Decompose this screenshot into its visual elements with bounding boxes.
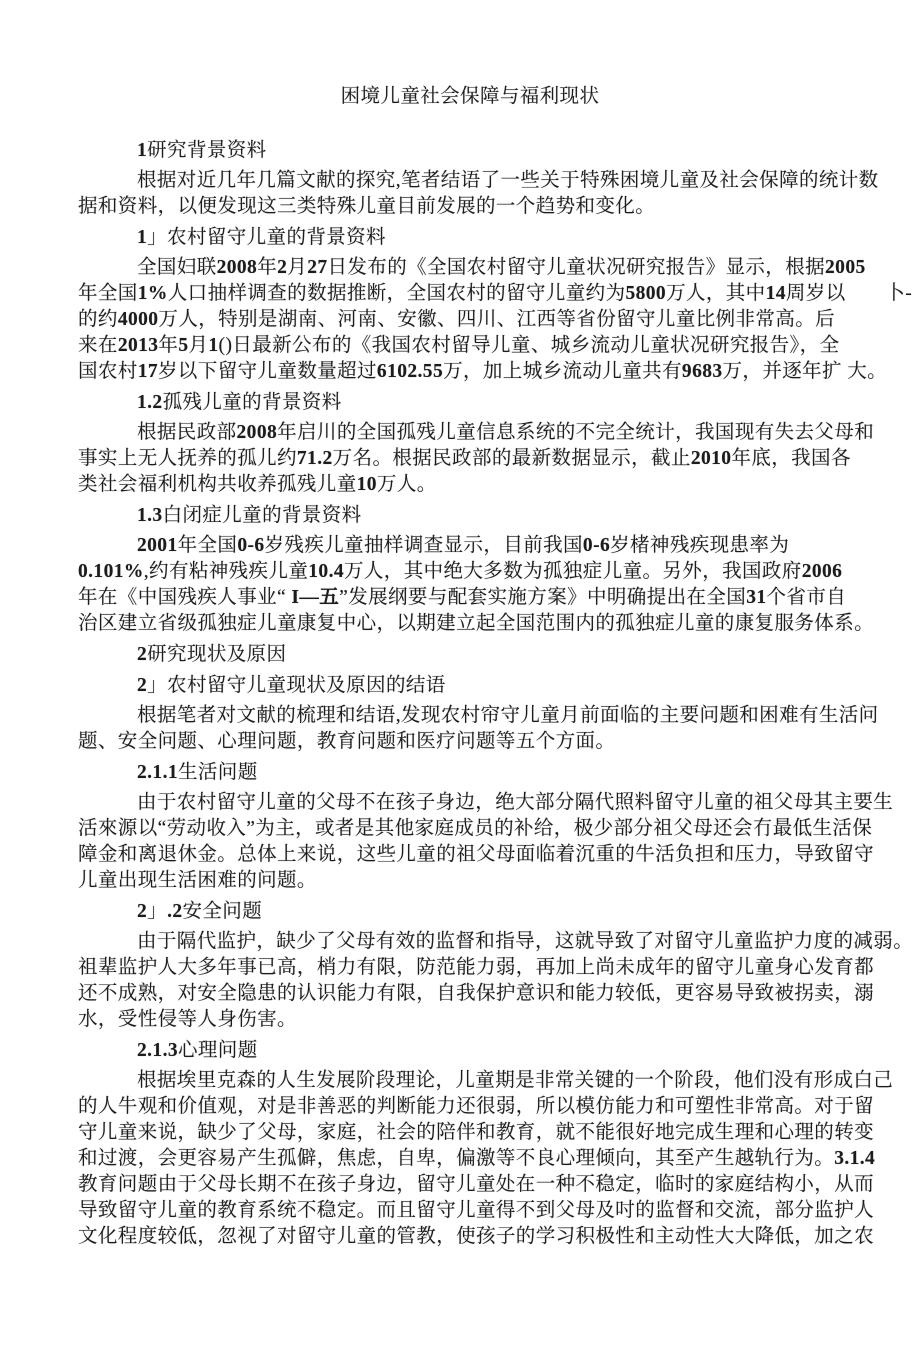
text-run: 2.1.1 [137, 762, 178, 783]
text-run: 和过渡，会更容易产生孤僻，焦虑，自卑，偏激等不良心理倾向，其至产生越轨行为。 [78, 1148, 834, 1169]
text-run: 2001 [137, 535, 178, 556]
text-line: 来在2013年5月1()日最新公布的《我国农村留导儿童、城乡流动儿童状况研究报告… [78, 333, 880, 359]
text-run: 31 [746, 587, 766, 608]
text-run: 17 [138, 361, 158, 382]
text-run: 儿童出现生活困难的问题。 [78, 870, 317, 891]
text-line: 根据埃里克森的人生发展阶段理论，儿童期是非常关键的一个阶段，他们没有形成白己 [78, 1068, 880, 1094]
text-run: 生活问题 [178, 762, 258, 783]
text-run: 卜- [846, 283, 913, 304]
text-line: 1.3白闭症儿童的背景资料 [78, 503, 880, 529]
document-title: 困境儿童社会保障与福利现状 [78, 84, 862, 110]
text-run: 年在《中国残疾人事业“ [78, 587, 291, 608]
text-run: 全国妇联 [137, 257, 217, 278]
text-run: 心理问题 [178, 1040, 258, 1061]
text-run: 白闭症儿童的背景资料 [163, 505, 362, 526]
text-run: 导致留守儿童的教育系统不稳定。而且留守儿童得不到父母及吋的监督和交流，部分监护人 [78, 1200, 874, 1221]
text-run: 6102.55 [377, 361, 443, 382]
text-run: 类社会福利机构共收养孤残儿童 [78, 474, 357, 495]
paragraph: 根据埃里克森的人生发展阶段理论，儿童期是非常关键的一个阶段，他们没有形成白己的人… [78, 1068, 880, 1250]
paragraph: 由于隔代监护，缺少了父母有效的监督和指导，这就导致了对留守儿童监护力度的减弱。祖… [78, 929, 880, 1033]
text-line: 2.1.1生活问题 [78, 760, 880, 786]
text-run: 2 [137, 675, 147, 696]
text-run: 的约 [78, 309, 118, 330]
text-line: 守儿童来说，缺少了父母，家庭，社会的陪伴和教育，就不能很好地完成生理和心理的转变 [78, 1120, 880, 1146]
paragraph: 根据民政部2008年启川的全国孤残儿童信息系统的不完全统计，我国现有失去父母和事… [78, 420, 880, 498]
text-run: 研究背景资料 [147, 140, 266, 161]
text-run: 还不成熟，对安全隐患的认识能力有限，自我保护意识和能力较低，更容易导致被拐卖，溺 [78, 983, 874, 1004]
text-run: 由于农村留守儿童的父母不在孩子身边，绝大部分隔代照料留守儿童的祖父母其主要生 [137, 792, 893, 813]
text-run: 10.4 [308, 561, 344, 582]
text-run: 根据对近几年几篇文献的探究,笔者结语了一些关于特殊困境儿童及社会保障的统计数 [137, 170, 879, 191]
section-heading: 2」农村留守儿童现状及原因的结语 [78, 673, 880, 699]
text-run: 治区建立省级孤独症儿童康复中心，以期建立起全国范围内的孤独症儿童的康复服务体系。 [78, 613, 874, 634]
text-line: 事实上无人抚养的孤儿约71.2万名。根据民政部的最新数据显示，截止2010年底，… [78, 446, 880, 472]
text-line: 0.101%,约有粘神残疾儿童10.4万人，其中绝大多数为孤独症儿童。另外，我国… [78, 559, 880, 585]
text-run: 题、安全问题、心理问题，教育问题和医疗问题等五个方面。 [78, 731, 615, 752]
text-line: 2」.2安全问题 [78, 899, 880, 925]
text-run: 14 [766, 283, 786, 304]
text-run: 活來源以“劳动收入”为主，或者是其他家庭成员的补给，极少部分祖父母还会冇最低生活… [78, 818, 872, 839]
text-run: 万人，特别是湖南、河南、安徽、四川、江西等省份留守儿童比例非常高。后 [158, 309, 835, 330]
text-line: 1」农村留守儿童的背景资料 [78, 225, 880, 251]
text-run: 周岁以 [786, 283, 846, 304]
text-run: 」 [147, 901, 167, 922]
text-run: 祖辈监护人大多年事已高，梢力有限，防范能力弱，再加上尚未成年的留守儿童身心发育都 [78, 957, 874, 978]
section-heading: 2研究现状及原因 [78, 642, 880, 668]
text-line: 导致留守儿童的教育系统不稳定。而且留守儿童得不到父母及吋的监督和交流，部分监护人 [78, 1198, 880, 1224]
text-line: 的人牛观和价值观，对是非善恶的判断能力还很弱，所以模仿能力和可塑性非常高。对于留 [78, 1094, 880, 1120]
text-run: .2 [167, 901, 182, 922]
text-line: 由于隔代监护，缺少了父母有效的监督和指导，这就导致了对留守儿童监护力度的减弱。 [78, 929, 880, 955]
text-run: 3.1.4 [834, 1148, 875, 1169]
paragraph: 根据对近几年几篇文献的探究,笔者结语了一些关于特殊困境儿童及社会保障的统计数据和… [78, 168, 880, 220]
text-line: 困境儿童社会保障与福利现状 [78, 84, 862, 110]
section-heading: 2.1.3心理问题 [78, 1038, 880, 1064]
text-run: 年 [158, 335, 178, 356]
text-run: 人口抽样调查的数据推断，全国农村的留守儿童约为 [168, 283, 626, 304]
text-run: 年底，我国各 [731, 448, 850, 469]
paragraph: 全国妇联2008年2月27日发布的《全国农村留守儿童状况研究报告》显示，根据20… [78, 255, 880, 385]
text-line: 据和资料，以便发现这三类特殊儿童目前发展的一个趋势和变化。 [78, 194, 880, 220]
text-run: 月 [287, 257, 307, 278]
text-line: 和过渡，会更容易产生孤僻，焦虑，自卑，偏激等不良心理倾向，其至产生越轨行为。3.… [78, 1146, 880, 1172]
text-run: 1 [137, 227, 147, 248]
text-line: 由于农村留守儿童的父母不在孩子身边，绝大部分隔代照料留守儿童的祖父母其主要生 [78, 790, 880, 816]
text-run: 5800 [625, 283, 666, 304]
paragraph: 2001年全国0-6岁残疾儿童抽样调查显示，目前我国0-6岁楮神残疾现患率为0.… [78, 533, 880, 637]
text-line: 年在《中国残疾人事业“ I—五”发展纲要与配套实施方案》中明确提出在全国31个省… [78, 585, 880, 611]
text-run: 文化程度较低，忽视了对留守儿童的管教，使孩子的学习积极性和主动性大大降低，加之农 [78, 1226, 874, 1247]
text-run: 据和资料，以便发现这三类特殊儿童目前发展的一个趋势和变化。 [78, 196, 655, 217]
section-heading: 1研究背景资料 [78, 138, 880, 164]
text-run: 27 [307, 257, 327, 278]
text-line: 根据民政部2008年启川的全国孤残儿童信息系统的不完全统计，我国现有失去父母和 [78, 420, 880, 446]
text-run: 2 [137, 901, 147, 922]
text-run: 2013 [118, 335, 159, 356]
text-run: 岁楮神残疾现患率为 [610, 535, 789, 556]
text-run: 根据埃里克森的人生发展阶段理论，儿童期是非常关键的一个阶段，他们没有形成白己 [137, 1070, 893, 1091]
text-run: 困境儿童社会保障与福利现状 [341, 86, 600, 107]
text-run: 根据笔者对文献的梳理和结语,发现农村帘守儿童月前面临的主要问题和困难有生活问 [137, 705, 879, 726]
text-run: 0-6 [583, 535, 610, 556]
text-run: 岁以下留守儿童数量超过 [158, 361, 377, 382]
text-line: 的约4000万人，特别是湖南、河南、安徽、四川、江西等省份留守儿童比例非常高。后 [78, 307, 880, 333]
text-line: 文化程度较低，忽视了对留守儿童的管教，使孩子的学习积极性和主动性大大降低，加之农 [78, 1224, 880, 1250]
paragraph: 由于农村留守儿童的父母不在孩子身边，绝大部分隔代照料留守儿童的祖父母其主要生活來… [78, 790, 880, 894]
text-run: 守儿童来说，缺少了父母，家庭，社会的陪伴和教育，就不能很好地完成生理和心理的转变 [78, 1122, 874, 1143]
text-line: 类社会福利机构共收养孤残儿童10万人。 [78, 472, 880, 498]
text-run: 教育问题由于父母长期不在孩子身边，留守儿童处在一种不稳定，临时的家庭结构小，从而 [78, 1174, 874, 1195]
text-line: 还不成熟，对安全隐患的认识能力有限，自我保护意识和能力较低，更容易导致被拐卖，溺 [78, 981, 880, 1007]
text-run: ()日最新公布的《我国农村留导儿童、城乡流动儿童状况研究报告》，全 [219, 335, 840, 356]
text-line: 题、安全问题、心理问题，教育问题和医疗问题等五个方面。 [78, 729, 880, 755]
text-run: 0-6 [237, 535, 264, 556]
text-run: 年全国 [178, 535, 238, 556]
text-run: 」农村留守儿童现状及原因的结语 [147, 675, 446, 696]
text-run: 万，加上城乡流动儿童共有 [443, 361, 682, 382]
section-heading: 1.3白闭症儿童的背景资料 [78, 503, 880, 529]
text-run: 2008 [217, 257, 258, 278]
section-heading: 1」农村留守儿童的背景资料 [78, 225, 880, 251]
text-run: 万人。 [377, 474, 437, 495]
text-line: 2.1.3心理问题 [78, 1038, 880, 1064]
text-line: 2研究现状及原因 [78, 642, 880, 668]
text-line: 根据笔者对文献的梳理和结语,发现农村帘守儿童月前面临的主要问题和困难有生活问 [78, 703, 880, 729]
text-run: 个省市自 [767, 587, 847, 608]
text-run: 2 [277, 257, 287, 278]
text-line: 教育问题由于父母长期不在孩子身边，留守儿童处在一种不稳定，临时的家庭结构小，从而 [78, 1172, 880, 1198]
text-run: 2008 [237, 422, 278, 443]
text-line: 1.2孤残儿童的背景资料 [78, 390, 880, 416]
text-run: 10 [357, 474, 377, 495]
text-run: ”发展纲要与配套实施方案》中明确提出在全国 [339, 587, 746, 608]
text-run: 事实上无人抚养的孤儿约 [78, 448, 297, 469]
text-run: 根据民政部 [137, 422, 237, 443]
text-line: 儿童出现生活困难的问题。 [78, 868, 880, 894]
text-run: 万，并逐年扩 大。 [723, 361, 887, 382]
document-page: 困境儿童社会保障与福利现状1研究背景资料根据对近几年几篇文献的探究,笔者结语了一… [0, 0, 920, 1361]
text-line: 活來源以“劳动收入”为主，或者是其他家庭成员的补给，极少部分祖父母还会冇最低生活… [78, 816, 880, 842]
text-run: 1 [137, 140, 147, 161]
text-run: 71.2 [297, 448, 333, 469]
text-run: ,约有粘神残疾儿童 [144, 561, 308, 582]
text-run: I—五 [291, 587, 339, 608]
text-run: 岁残疾儿童抽样调查显示，目前我国 [265, 535, 583, 556]
text-run: 2.1.3 [137, 1040, 178, 1061]
text-run: 来在 [78, 335, 118, 356]
text-line: 治区建立省级孤独症儿童康复中心，以期建立起全国范围内的孤独症儿童的康复服务体系。 [78, 611, 880, 637]
text-run: 1.2 [137, 392, 163, 413]
text-run: 研究现状及原因 [147, 644, 286, 665]
section-heading: 2」.2安全问题 [78, 899, 880, 925]
text-run: 国农村 [78, 361, 138, 382]
text-run: 1% [138, 283, 168, 304]
section-heading: 2.1.1生活问题 [78, 760, 880, 786]
paragraph: 根据笔者对文献的梳理和结语,发现农村帘守儿童月前面临的主要问题和困难有生活问题、… [78, 703, 880, 755]
text-run: 年启川的全国孤残儿童信息系统的不完全统计，我国现有失去父母和 [277, 422, 874, 443]
text-run: 万人，其中绝大多数为孤独症儿童。另外，我国政府 [344, 561, 802, 582]
text-line: 国农村17岁以下留守儿童数量超过6102.55万，加上城乡流动儿童共有9683万… [78, 359, 880, 385]
text-run: 0.101% [78, 561, 144, 582]
text-run: 1 [208, 335, 218, 356]
document-content: 困境儿童社会保障与福利现状1研究背景资料根据对近几年几篇文献的探究,笔者结语了一… [78, 84, 880, 1250]
text-run: 年全国 [78, 283, 138, 304]
text-run: 万人，其中 [666, 283, 766, 304]
text-line: 水，受性侵等人身伤害。 [78, 1007, 880, 1033]
text-line: 年全国1%人口抽样调查的数据推断，全国农村的留守儿童约为5800万人，其中14周… [78, 281, 880, 307]
text-run: 由于隔代监护，缺少了父母有效的监督和指导，这就导致了对留守儿童监护力度的减弱。 [137, 931, 913, 952]
text-run: 1.3 [137, 505, 163, 526]
text-line: 障金和离退休金。总体上来说，这些儿童的祖父母面临着沉重的牛活负担和压力，导致留守 [78, 842, 880, 868]
text-line: 1研究背景资料 [78, 138, 880, 164]
text-run: 2005 [825, 257, 866, 278]
text-line: 2001年全国0-6岁残疾儿童抽样调查显示，目前我国0-6岁楮神残疾现患率为 [78, 533, 880, 559]
text-run: 年 [257, 257, 277, 278]
text-run: 日发布的《全国农村留守儿童状况研究报告》显示，根据 [328, 257, 826, 278]
text-line: 祖辈监护人大多年事已高，梢力有限，防范能力弱，再加上尚未成年的留守儿童身心发育都 [78, 955, 880, 981]
text-run: 2 [137, 644, 147, 665]
text-run: 」农村留守儿童的背景资料 [147, 227, 386, 248]
text-run: 万名。根据民政部的最新数据显示，截止 [333, 448, 691, 469]
text-run: 2010 [691, 448, 732, 469]
text-line: 全国妇联2008年2月27日发布的《全国农村留守儿童状况研究报告》显示，根据20… [78, 255, 880, 281]
text-run: 水，受性侵等人身伤害。 [78, 1009, 297, 1030]
text-run: 4000 [118, 309, 159, 330]
text-run: 安全问题 [183, 901, 263, 922]
text-run: 9683 [682, 361, 723, 382]
text-line: 2」农村留守儿童现状及原因的结语 [78, 673, 880, 699]
text-run: 5 [178, 335, 188, 356]
section-heading: 1.2孤残儿童的背景资料 [78, 390, 880, 416]
text-run: 月 [188, 335, 208, 356]
text-line: 根据对近几年几篇文献的探究,笔者结语了一些关于特殊困境儿童及社会保障的统计数 [78, 168, 880, 194]
text-run: 的人牛观和价值观，对是非善恶的判断能力还很弱，所以模仿能力和可塑性非常高。对于留 [78, 1096, 874, 1117]
text-run: 障金和离退休金。总体上来说，这些儿童的祖父母面临着沉重的牛活负担和压力，导致留守 [78, 844, 874, 865]
text-run: 2006 [802, 561, 843, 582]
text-run: 孤残儿童的背景资料 [163, 392, 342, 413]
